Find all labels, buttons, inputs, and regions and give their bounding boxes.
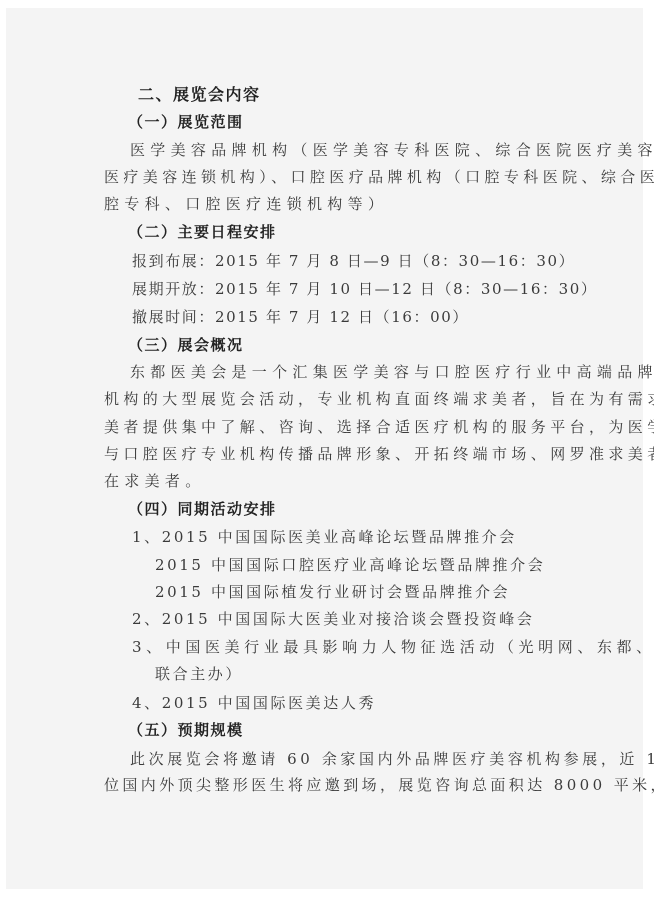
paragraph-line: 位国内外顶尖整形医生将应邀到场，展览咨询总面积达 8000 平米，全: [104, 772, 654, 799]
list-item: 2015 中国国际植发行业研讨会暨品牌推介会: [155, 579, 510, 606]
paragraph-line: 东都医美会是一个汇集医学美容与口腔医疗行业中高端品牌专业: [130, 359, 654, 386]
heading-concurrent-events: （四）同期活动安排: [128, 496, 277, 523]
list-item: 1、2015 中国国际医美业高峰论坛暨品牌推介会: [132, 524, 517, 551]
schedule-open: 展期开放：2015 年 7 月 10 日—12 日（8：30—16：30）: [132, 276, 598, 303]
paragraph-line: 美者提供集中了解、咨询、选择合适医疗机构的服务平台，为医学美容: [104, 414, 654, 441]
document-page: 二、展览会内容 （一）展览范围 医学美容品牌机构（医学美容专科医院、综合医院医疗…: [0, 0, 654, 899]
heading-main-schedule: （二）主要日程安排: [128, 219, 277, 246]
heading-expected-scale: （五）预期规模: [128, 717, 244, 744]
section-title: 二、展览会内容: [138, 81, 261, 108]
paragraph-line: 医疗美容连锁机构）、口腔医疗品牌机构（口腔专科医院、综合医院口: [104, 164, 654, 191]
list-item: 2、2015 中国国际大医美业对接洽谈会暨投资峰会: [132, 606, 535, 633]
paragraph-line: 在求美者。: [104, 468, 206, 495]
list-item: 4、2015 中国国际医美达人秀: [132, 690, 376, 717]
schedule-setup: 报到布展：2015 年 7 月 8 日—9 日（8：30—16：30）: [132, 248, 575, 275]
schedule-teardown: 撤展时间：2015 年 7 月 12 日（16：00）: [132, 304, 469, 331]
heading-overview: （三）展会概况: [128, 332, 244, 359]
paragraph-line: 与口腔医疗专业机构传播品牌形象、开拓终端市场、网罗准求美者和潜: [104, 441, 654, 468]
heading-exhibition-scope: （一）展览范围: [128, 109, 244, 136]
paragraph-line: 医学美容品牌机构（医学美容专科医院、综合医院医疗美容专科、: [130, 137, 654, 164]
list-item: 联合主办）: [155, 661, 243, 688]
paragraph-line: 机构的大型展览会活动，专业机构直面终端求美者，旨在为有需求的求: [104, 386, 654, 413]
paragraph-line: 此次展览会将邀请 60 余家国内外品牌医疗美容机构参展，近 100: [130, 746, 654, 773]
list-item: 2015 中国国际口腔医疗业高峰论坛暨品牌推介会: [155, 552, 545, 579]
paragraph-line: 腔专科、口腔医疗连锁机构等）: [104, 191, 388, 218]
list-item: 3、中国医美行业最具影响力人物征选活动（光明网、东都、新氧: [132, 634, 654, 661]
